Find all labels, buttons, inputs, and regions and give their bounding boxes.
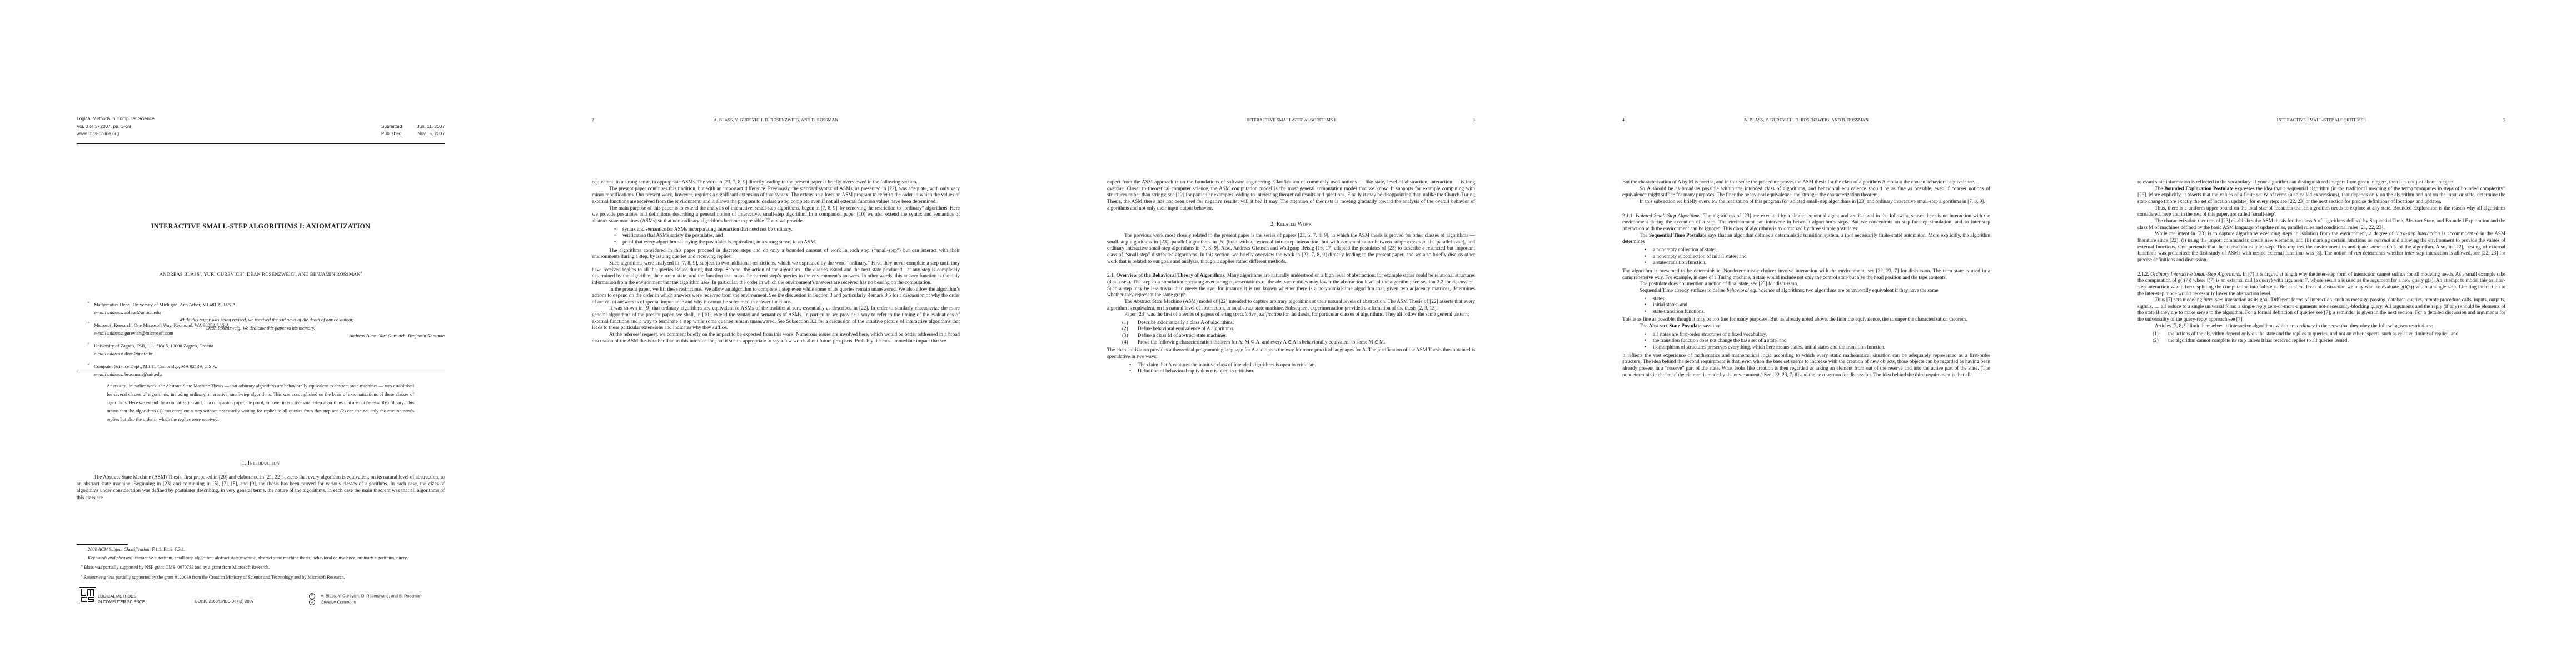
- paragraph: The algorithm is presumed to be determin…: [1622, 268, 1990, 281]
- paragraph: The postulate does not mention a notion …: [1622, 281, 1990, 287]
- lmcs-logo-icon: [79, 587, 96, 604]
- abstract-label: Abstract.: [107, 384, 127, 389]
- affiliation-a: a Mathematics Dept., University of Michi…: [88, 301, 432, 316]
- acm-value: F.1.1, F.1.2, F.3.1.: [152, 547, 186, 552]
- postulate-name: Bounded Exploration Postulate: [2164, 186, 2233, 191]
- author: DEAN ROSENZWEIG: [247, 271, 294, 277]
- footnote-c: Rosenzweig was partially supported by th…: [84, 574, 345, 579]
- paragraph: The Sequential Time Postulate says that …: [1622, 232, 1990, 245]
- page-body: expect from the ASM approach is on the f…: [1107, 179, 1475, 376]
- affiliation-address: Mathematics Dept., University of Michiga…: [94, 301, 432, 308]
- submission-dates: SubmittedJun. 11, 2007 PublishedNov. 5, …: [381, 123, 445, 138]
- numbered-list: (1)Describe axiomatically a class A of a…: [1107, 320, 1475, 346]
- affiliations: a Mathematics Dept., University of Michi…: [88, 301, 432, 383]
- list-item: (1)the actions of the algorithm depend o…: [2137, 331, 2505, 337]
- separator: , AND: [296, 271, 310, 277]
- affiliation-mark: a: [88, 298, 89, 306]
- page-5: INTERACTIVE SMALL-STEP ALGORITHMS I 5 re…: [2061, 0, 2576, 667]
- list-item: The claim that A captures the intuitive …: [1107, 362, 1475, 369]
- published-date: Nov. 5, 2007: [405, 130, 445, 138]
- subsubsection-paragraph: 2.1.1. Isolated Small-Step Algorithms. T…: [1622, 213, 1990, 232]
- list-item: a state-transition function.: [1622, 260, 1990, 266]
- subsection-number: 2.1.: [1107, 272, 1115, 278]
- section-heading: 1. Introduction: [77, 460, 445, 466]
- dedication-line: While this paper was being revised, we r…: [77, 316, 445, 324]
- paragraph: Thus, there is a uniform upper bound on …: [2137, 205, 2505, 218]
- paper-title: INTERACTIVE SMALL-STEP ALGORITHMS I: AXI…: [77, 222, 445, 231]
- lmcs-wordmark: LOGICAL METHODS IN COMPUTER SCIENCE: [98, 594, 145, 604]
- paragraph: expect from the ASM approach is on the f…: [1107, 179, 1475, 211]
- page-4: 4 A. BLASS, Y. GUREVICH, D. ROSENZWEIG, …: [1546, 0, 2061, 667]
- running-head: 4 A. BLASS, Y. GUREVICH, D. ROSENZWEIG, …: [1622, 117, 1990, 124]
- page-body: But the characterization of A by M is pr…: [1622, 179, 1990, 378]
- list-item: a nonempty collection of states,: [1622, 247, 1990, 253]
- list-item: (3)Define a class M of abstract state ma…: [1107, 332, 1475, 339]
- submitted-date: Jun. 11, 2007: [405, 123, 445, 131]
- paragraph: Paper [23] was the first of a series of …: [1107, 311, 1475, 318]
- page-1: Logical Methods in Computer Science Vol.…: [0, 0, 515, 667]
- paragraph: Articles [7, 8, 9] limit themselves to i…: [2137, 323, 2505, 330]
- doi[interactable]: DOI:10.2168/LMCS-3 (4:3) 2007: [195, 599, 254, 604]
- license-link[interactable]: Creative Commons: [321, 599, 356, 604]
- list-item: state-transition functions.: [1622, 308, 1990, 315]
- paragraph: The characterization provides a theoreti…: [1107, 347, 1475, 360]
- numbered-list: (1)the actions of the algorithm depend o…: [2137, 331, 2505, 344]
- affiliation-address: Computer Science Dept., M.I.T., Cambridg…: [94, 362, 432, 370]
- paragraph: The characterization theorem of [23] est…: [2137, 218, 2505, 231]
- paragraph: The Abstract State Machine (ASM) Thesis,…: [77, 474, 445, 501]
- affiliation-mark: d: [88, 360, 89, 368]
- keywords-label: Key words and phrases:: [88, 555, 132, 560]
- paragraph: So A should be as broad as possible with…: [1622, 186, 1990, 198]
- email-label: e-mail address: [94, 351, 122, 356]
- published-label: Published: [381, 130, 405, 138]
- paragraph: equivalent, in a strong sense, to approp…: [592, 179, 960, 186]
- page-2: 2 A. BLASS, Y. GUREVICH, D. ROSENZWEIG, …: [515, 0, 1030, 667]
- list-item: the transition function does not change …: [1622, 337, 1990, 344]
- copyright-holders: A. Blass, Y. Gurevich, D. Rosenzweig, an…: [321, 593, 421, 598]
- list-item: syntax and semantics for ASMs incorporat…: [592, 226, 960, 233]
- running-head-title: INTERACTIVE SMALL-STEP ALGORITHMS I: [1107, 117, 1475, 122]
- paragraph: But the characterization of A by M is pr…: [1622, 179, 1990, 186]
- paragraph: Sequential Time already suffices to defi…: [1622, 287, 1990, 294]
- list-item: initial states, and: [1622, 302, 1990, 308]
- copyright: ©A. Blass, Y. Gurevich, D. Rosenzweig, a…: [309, 593, 421, 605]
- paragraph: The Abstract State Postulate says that: [1622, 323, 1990, 330]
- author: YURI GUREVICH: [203, 271, 242, 277]
- paragraph: This is as fine as possible, though it m…: [1622, 316, 1990, 323]
- list-item: Definition of behavioral equivalence is …: [1107, 368, 1475, 375]
- author: BENJAMIN ROSSMAN: [310, 271, 361, 277]
- section-heading: 2. Related Work: [1107, 221, 1475, 228]
- subsubsection-paragraph: 2.1.2. Ordinary Interactive Small-Step A…: [2137, 271, 2505, 297]
- running-head: INTERACTIVE SMALL-STEP ALGORITHMS I 3: [1107, 117, 1475, 124]
- page-footer: LOGICAL METHODS IN COMPUTER SCIENCE DOI:…: [77, 587, 445, 609]
- logo-line: IN COMPUTER SCIENCE: [98, 599, 145, 605]
- list-item: (1)Describe axiomatically a class A of a…: [1107, 320, 1475, 326]
- paragraph: In the present paper, we lift these rest…: [592, 286, 960, 306]
- footnote-mark: a: [81, 564, 83, 568]
- running-head-title: A. BLASS, Y. GUREVICH, D. ROSENZWEIG, AN…: [1622, 117, 1990, 122]
- subsubsection-number: 2.1.2.: [2137, 271, 2149, 277]
- list-item: isomorphism of structures preserves ever…: [1622, 344, 1990, 351]
- list-item: (4)Prove the following characterization …: [1107, 339, 1475, 346]
- list-item: verification that ASMs satisfy the postu…: [592, 232, 960, 239]
- author-list: ANDREAS BLASSa, YURI GUREVICHb, DEAN ROS…: [77, 271, 445, 277]
- bullet-list: states, initial states, and state-transi…: [1622, 296, 1990, 315]
- footnotes: 2000 ACM Subject Classification: F.1.1, …: [77, 546, 445, 581]
- paragraph: The present paper continues this traditi…: [592, 186, 960, 205]
- running-head-title: A. BLASS, Y. GUREVICH, D. ROSENZWEIG, AN…: [592, 117, 960, 122]
- abstract-rule: [77, 372, 445, 372]
- abstract-text: In earlier work, the Abstract State Mach…: [107, 384, 414, 422]
- page-number: 3: [1473, 117, 1475, 122]
- header-rule: [77, 143, 445, 144]
- keywords-value: Interactive algorithm, small-step algori…: [133, 555, 407, 560]
- bullet-list: all states are first-order structures of…: [1622, 331, 1990, 351]
- bullet-list: a nonempty collection of states, a nonem…: [1622, 247, 1990, 266]
- subsection-paragraph: 2.1. Overview of the Behavioral Theory o…: [1107, 272, 1475, 298]
- subsubsection-title: Ordinary Interactive Small-Step Algorith…: [2150, 271, 2241, 277]
- list-item: (2)Define behavioral equivalence of A al…: [1107, 326, 1475, 332]
- email-link[interactable]: dean@math.hr: [124, 351, 153, 356]
- abstract: Abstract. In earlier work, the Abstract …: [107, 382, 414, 424]
- paragraph: relevant state information is reflected …: [2137, 179, 2505, 186]
- subsection-title: Overview of the Behavioral Theory of Alg…: [1116, 272, 1225, 278]
- page-3: INTERACTIVE SMALL-STEP ALGORITHMS I 3 ex…: [1030, 0, 1546, 667]
- section-title: Related Work: [1277, 221, 1312, 227]
- footnote-a: Blass was partially supported by NSF gra…: [84, 565, 270, 570]
- dedication-signature: Andreas Blass, Yuri Gurevich, Benjamin R…: [77, 332, 445, 340]
- paragraph: At the referees’ request, we comment bri…: [592, 331, 960, 344]
- list-item: states,: [1622, 296, 1990, 302]
- affiliation-address: University of Zagreb, FSB, I. Lučića 5, …: [94, 342, 432, 350]
- list-item: (2)the algorithm cannot complete its ste…: [2137, 337, 2505, 344]
- postulate-name: Sequential Time Postulate: [1649, 232, 1706, 238]
- subsubsection-title: Isolated Small-Step Algorithms.: [1636, 213, 1702, 218]
- running-head-title: INTERACTIVE SMALL-STEP ALGORITHMS I: [2137, 117, 2505, 122]
- bullet-list: syntax and semantics for ASMs incorporat…: [592, 226, 960, 246]
- postulate-name: Abstract State Postulate: [1649, 323, 1702, 328]
- paragraph: The main purpose of this paper is to ext…: [592, 205, 960, 225]
- paragraph: While the intent in [23] is to capture a…: [2137, 231, 2505, 263]
- page-number: 5: [2503, 117, 2505, 122]
- paragraph: Such algorithms were analyzed in [7, 8, …: [592, 260, 960, 286]
- running-head: INTERACTIVE SMALL-STEP ALGORITHMS I 5: [2137, 117, 2505, 124]
- paragraph: The Abstract State Machine (ASM) model o…: [1107, 298, 1475, 311]
- section-1: 1. Introduction: [77, 460, 445, 466]
- copyright-icon: ©: [309, 593, 315, 599]
- paragraph: In this subsection we briefly overview t…: [1622, 198, 1990, 205]
- paragraph: The algorithms considered in this paper …: [592, 247, 960, 260]
- running-head: 2 A. BLASS, Y. GUREVICH, D. ROSENZWEIG, …: [592, 117, 960, 124]
- section-title: Introduction: [248, 460, 280, 466]
- paragraph: It was shown in [9] that ordinary algori…: [592, 305, 960, 331]
- affiliation-d: d Computer Science Dept., M.I.T., Cambri…: [88, 362, 432, 378]
- intro-text: The Abstract State Machine (ASM) Thesis,…: [77, 474, 445, 501]
- paragraph: The previous work most closely related t…: [1107, 232, 1475, 265]
- affiliation-mark: c: [88, 340, 89, 347]
- creative-commons-icon: cc: [309, 599, 315, 605]
- author-mark: d: [361, 271, 362, 275]
- paragraph: Thus [7] sets modeling intra-step intera…: [2137, 297, 2505, 323]
- journal-header: Logical Methods in Computer Science Vol.…: [77, 115, 445, 138]
- email-label: e-mail address: [94, 310, 122, 315]
- list-item: all states are first-order structures of…: [1622, 331, 1990, 338]
- list-item: proof that every algorithm satisfying th…: [592, 239, 960, 246]
- author: ANDREAS BLASS: [160, 271, 200, 277]
- footnote-rule: [77, 544, 128, 545]
- acm-label: 2000 ACM Subject Classification:: [88, 547, 151, 552]
- affiliation-c: c University of Zagreb, FSB, I. Lučića 5…: [88, 342, 432, 357]
- page-body: relevant state information is reflected …: [2137, 179, 2505, 346]
- logo-line: LOGICAL METHODS: [98, 594, 145, 599]
- dedication-line: Dean Rosenzweig. We dedicate this paper …: [77, 324, 445, 332]
- paragraph: The Bounded Exploration Postulate expres…: [2137, 186, 2505, 205]
- dedication: While this paper was being revised, we r…: [77, 316, 445, 340]
- list-item: a nonempty subcollection of initial stat…: [1622, 253, 1990, 260]
- subsubsection-number: 2.1.1.: [1622, 213, 1634, 218]
- bullet-list: The claim that A captures the intuitive …: [1107, 362, 1475, 375]
- document-viewer: Logical Methods in Computer Science Vol.…: [0, 0, 2576, 667]
- submitted-label: Submitted: [381, 123, 405, 131]
- paragraph: It reflects the vast experience of mathe…: [1622, 352, 1990, 379]
- journal-name: Logical Methods in Computer Science: [77, 115, 445, 123]
- footnote-mark: c: [81, 574, 82, 578]
- page-body: equivalent, in a strong sense, to approp…: [592, 179, 960, 344]
- email-link[interactable]: ablass@umich.edu: [124, 310, 161, 315]
